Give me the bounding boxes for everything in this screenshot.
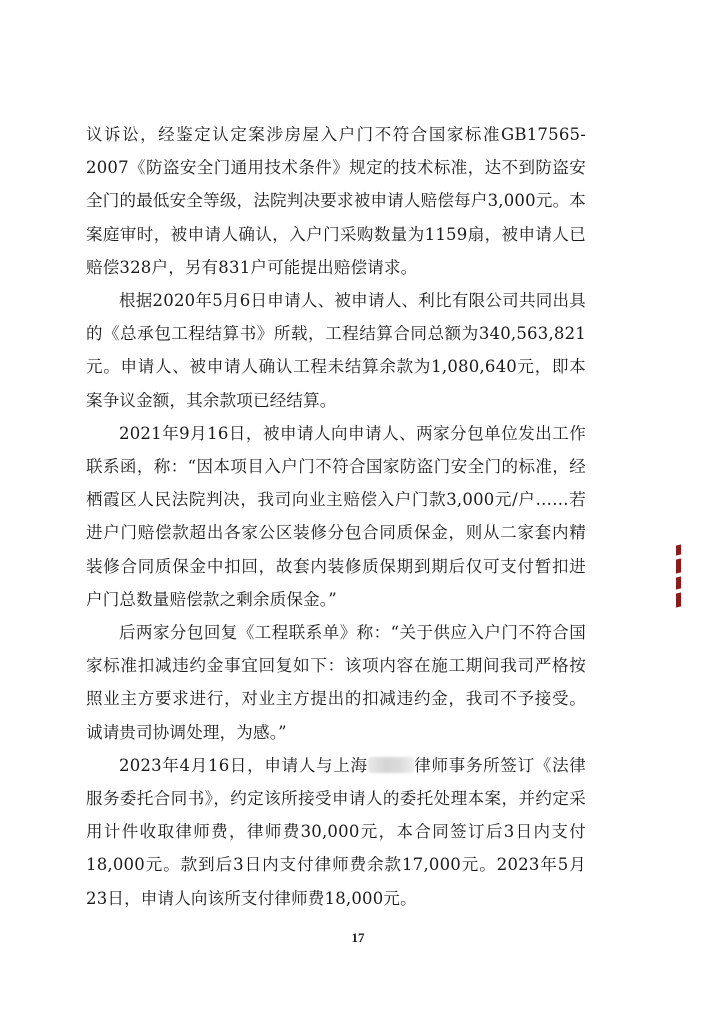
paragraph-settlement-statement: 根据2020年5月6日申请人、被申请人、利比有限公司共同出具的《总承包工程结算书… — [86, 284, 586, 417]
paragraph-legal-fees: 2023年4月16日，申请人与上海律师事务所签订《法律服务委托合同书》，约定该所… — [86, 749, 586, 915]
page-number: 17 — [0, 930, 716, 946]
legal-fees-text-before: 2023年4月16日，申请人与上海 — [119, 756, 368, 775]
paragraph-court-ruling: 议诉讼，经鉴定认定案涉房屋入户门不符合国家标准GB17565-2007《防盗安全… — [86, 118, 586, 284]
redacted-law-firm-name — [368, 757, 414, 773]
seam-stamp-icon — [676, 545, 684, 617]
paragraph-work-contact-letter: 2021年9月16日，被申请人向申请人、两家分包单位发出工作联系函，称：“因本项… — [86, 417, 586, 616]
paragraph-subcontractor-reply: 后两家分包回复《工程联系单》称：“关于供应入户门不符合国家标准扣减违约金事宜回复… — [86, 616, 586, 749]
document-body: 议诉讼，经鉴定认定案涉房屋入户门不符合国家标准GB17565-2007《防盗安全… — [86, 118, 586, 915]
legal-fees-text-after: 律师事务所签订《法律服务委托合同书》，约定该所接受申请人的委托处理本案，并约定采… — [86, 756, 586, 908]
